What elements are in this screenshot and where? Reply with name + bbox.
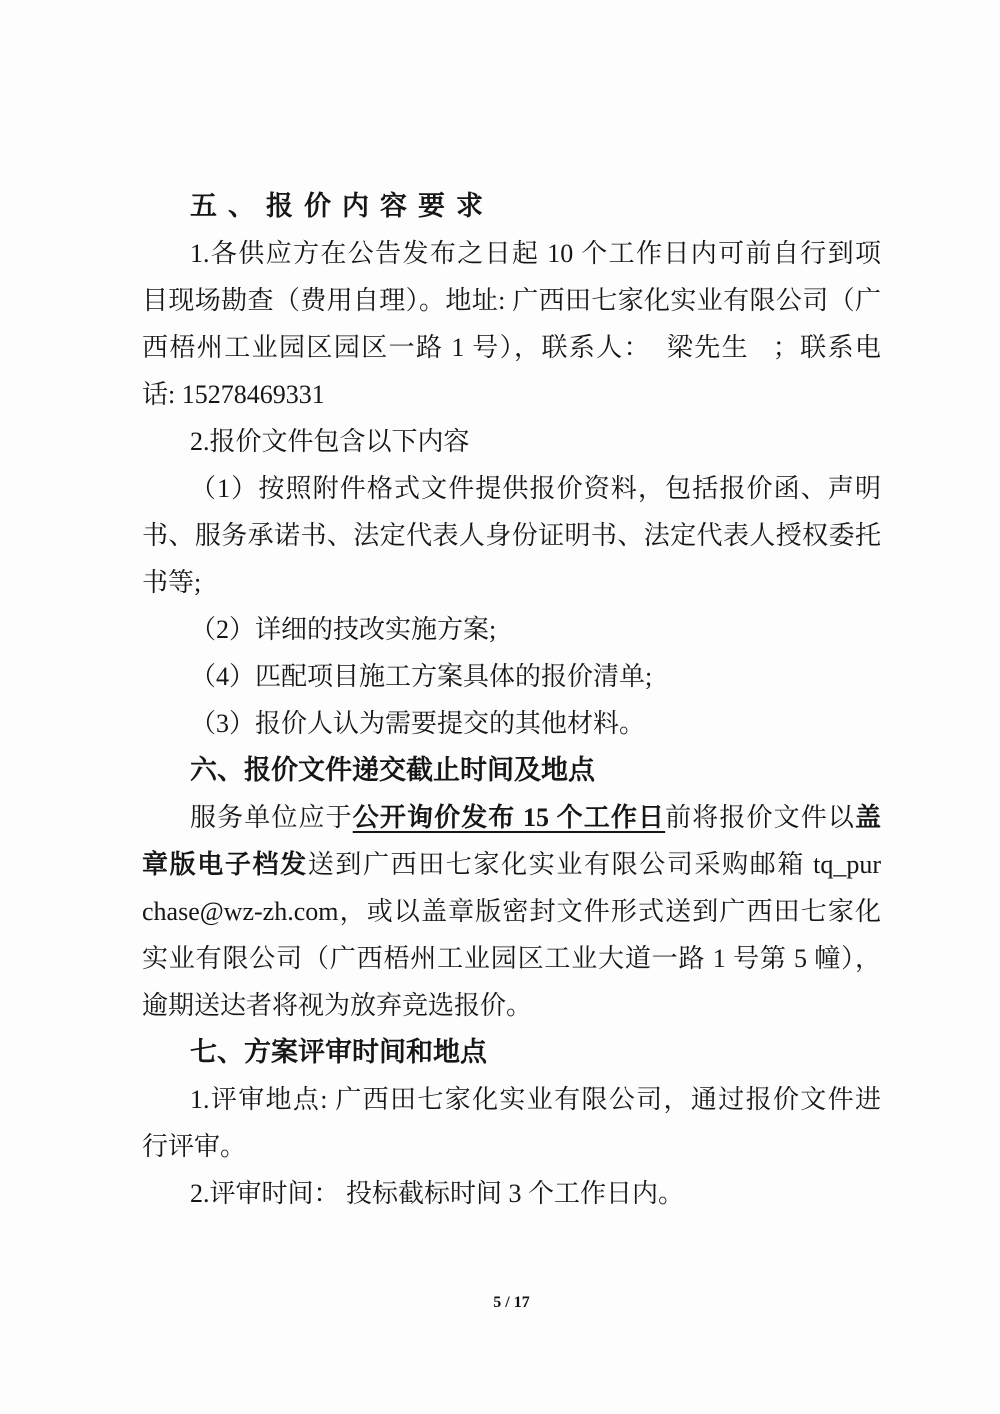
text-run: 话: 15278469331 — [142, 380, 325, 409]
text-line: 1.各供应方在公告发布之日起 10 个工作日内可前自行到项 — [142, 230, 881, 277]
text-line: （1）按照附件格式文件提供报价资料，包括报价函、声明 — [142, 465, 881, 512]
text-run: 行评审。 — [142, 1132, 246, 1161]
section-heading: 七、方案评审时间和地点 — [142, 1029, 881, 1076]
text-line: （3）报价人认为需要提交的其他材料。 — [142, 700, 881, 747]
text-run: 服务单位应于 — [190, 803, 353, 832]
text-run: 2.报价文件包含以下内容 — [190, 427, 470, 456]
text-run: （3）报价人认为需要提交的其他材料。 — [190, 709, 645, 738]
text-run: 西梧州工业园区园区一路 1 号），联系人： 梁先生 ；联系电 — [142, 333, 881, 362]
text-line: 服务单位应于公开询价发布 15 个工作日前将报价文件以盖 — [142, 794, 881, 841]
text-run: 五、报价内容要求 — [190, 191, 494, 221]
text-line: 书等; — [142, 559, 881, 606]
text-line: 章版电子档发送到广西田七家化实业有限公司采购邮箱 tq_pur — [142, 841, 881, 888]
text-run: 送到广西田七家化实业有限公司采购邮箱 tq_pur — [308, 850, 881, 879]
text-line: 西梧州工业园区园区一路 1 号），联系人： 梁先生 ；联系电 — [142, 324, 881, 371]
text-run: （4）匹配项目施工方案具体的报价清单; — [190, 662, 652, 691]
text-run: 目现场勘查（费用自理）。地址: 广西田七家化实业有限公司（广 — [142, 286, 881, 315]
text-line: chase@wz-zh.com，或以盖章版密封文件形式送到广西田七家化 — [142, 888, 881, 935]
text-line: 目现场勘查（费用自理）。地址: 广西田七家化实业有限公司（广 — [142, 277, 881, 324]
text-line: 1.评审地点: 广西田七家化实业有限公司，通过报价文件进 — [142, 1076, 881, 1123]
text-run: 实业有限公司（广西梧州工业园区工业大道一路 1 号第 5 幢）， — [142, 944, 881, 973]
bold-text: 盖 — [855, 803, 881, 832]
text-run: chase@wz-zh.com，或以盖章版密封文件形式送到广西田七家化 — [142, 897, 881, 926]
section-heading: 六、报价文件递交截止时间及地点 — [142, 747, 881, 794]
page-number: 5 / 17 — [142, 1294, 881, 1312]
text-block: 五、报价内容要求1.各供应方在公告发布之日起 10 个工作日内可前自行到项目现场… — [142, 183, 881, 1217]
text-line: 话: 15278469331 — [142, 371, 881, 418]
text-line: 2.报价文件包含以下内容 — [142, 418, 881, 465]
text-line: 行评审。 — [142, 1123, 881, 1170]
bold-text: 章版电子档发 — [142, 850, 308, 879]
text-run: 七、方案评审时间和地点 — [190, 1037, 487, 1067]
text-run: 逾期送达者将视为放弃竞选报价。 — [142, 991, 532, 1020]
text-run: 前将报价文件以 — [665, 803, 855, 832]
text-run: 1.各供应方在公告发布之日起 10 个工作日内可前自行到项 — [190, 239, 881, 268]
text-line: 实业有限公司（广西梧州工业园区工业大道一路 1 号第 5 幢）， — [142, 935, 881, 982]
text-line: 逾期送达者将视为放弃竞选报价。 — [142, 982, 881, 1029]
text-run: 2.评审时间： 投标截标时间 3 个工作日内。 — [190, 1179, 684, 1208]
text-run: 1.评审地点: 广西田七家化实业有限公司，通过报价文件进 — [190, 1085, 881, 1114]
text-run: 书、服务承诺书、法定代表人身份证明书、法定代表人授权委托 — [142, 521, 881, 550]
text-line: 书、服务承诺书、法定代表人身份证明书、法定代表人授权委托 — [142, 512, 881, 559]
text-line: （2）详细的技改实施方案; — [142, 606, 881, 653]
document-page: 五、报价内容要求1.各供应方在公告发布之日起 10 个工作日内可前自行到项目现场… — [0, 0, 1000, 1414]
text-run: （2）详细的技改实施方案; — [190, 615, 496, 644]
text-line: （4）匹配项目施工方案具体的报价清单; — [142, 653, 881, 700]
text-run: （1）按照附件格式文件提供报价资料，包括报价函、声明 — [190, 474, 881, 503]
text-run: 六、报价文件递交截止时间及地点 — [190, 755, 595, 785]
section-heading: 五、报价内容要求 — [142, 183, 881, 230]
text-run: 书等; — [142, 568, 201, 597]
underlined-emphasis-text: 公开询价发布 15 个工作日 — [353, 803, 665, 832]
text-line: 2.评审时间： 投标截标时间 3 个工作日内。 — [142, 1170, 881, 1217]
